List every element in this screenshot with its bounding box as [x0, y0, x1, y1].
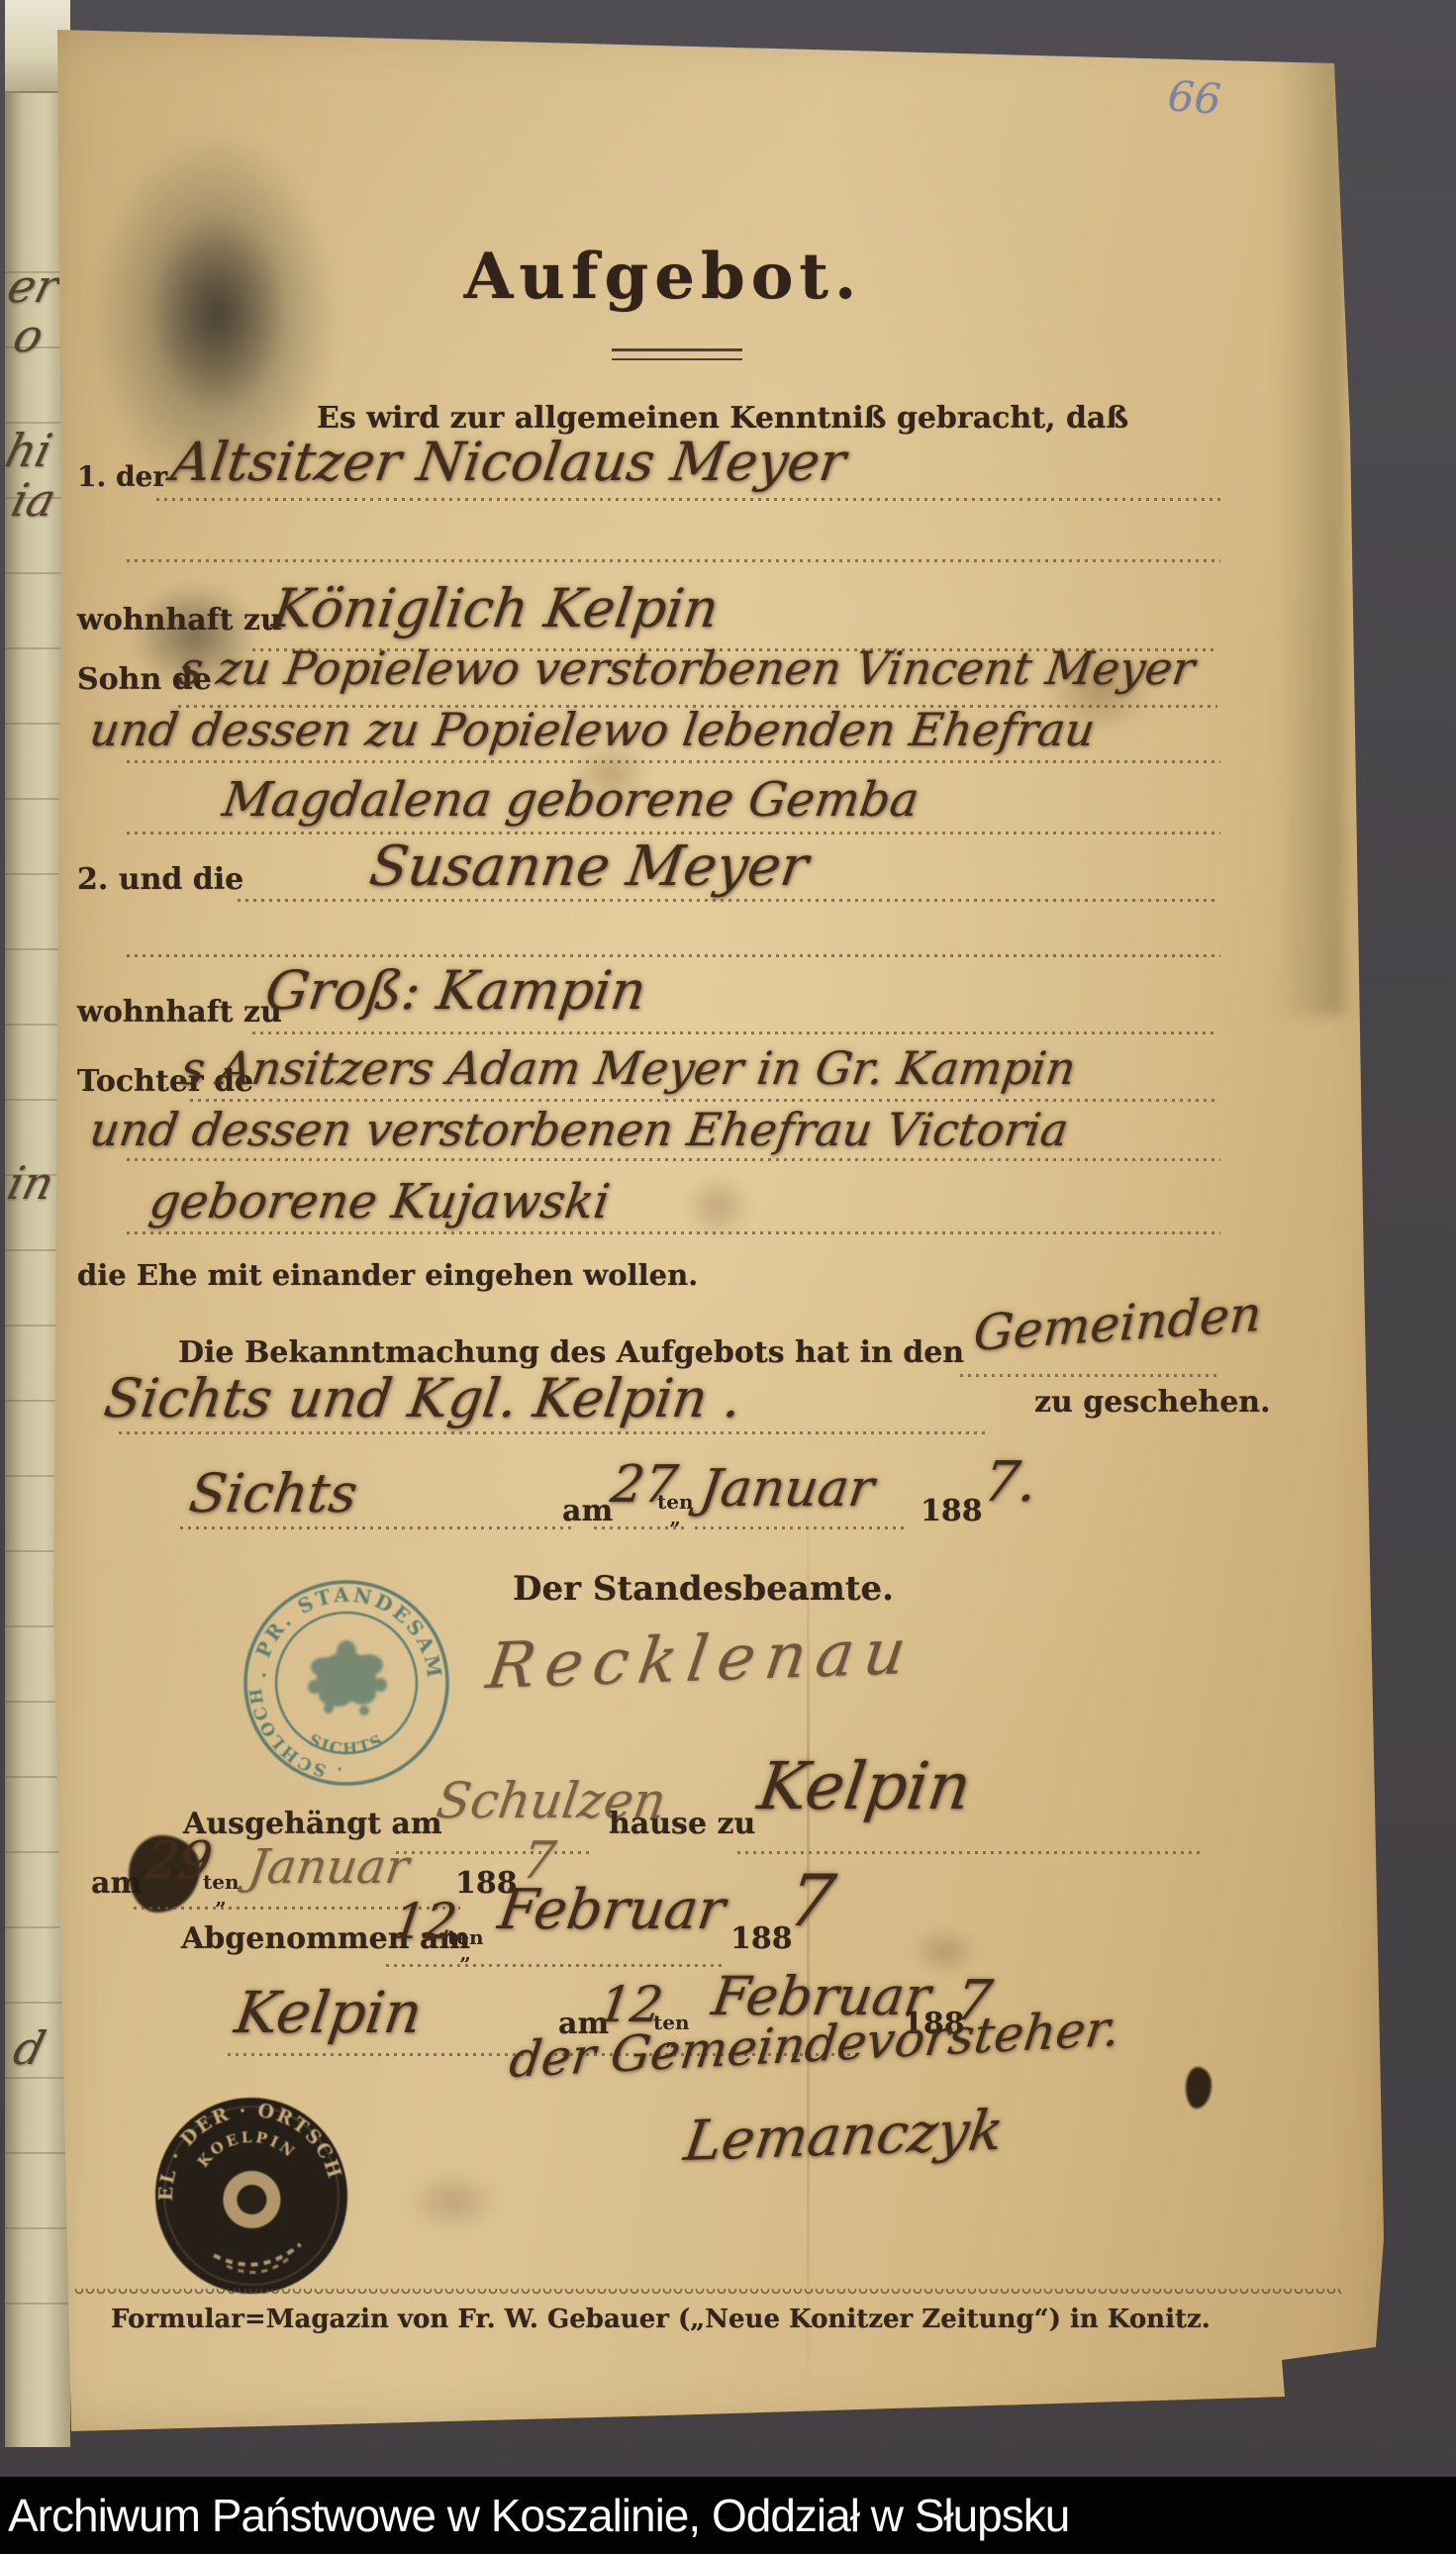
ten-superscript: ten„ — [203, 1873, 240, 1907]
bride-parentage-line3: geborene Kujawski — [146, 1178, 613, 1226]
marriage-clause: die Ehe mit einander eingehen wollen. — [77, 1261, 698, 1290]
intro-line: Es wird zur allgemeinen Kenntniß gebrach… — [317, 404, 1010, 434]
announcement-communities-entry: Gemeinden — [972, 1289, 1263, 1358]
village-seal-stamp: SIGEL · DER · ORTSCHAFT KOELPIN — [141, 2085, 362, 2307]
groom-name-entry: Altsitzer Nicolaus Meyer — [168, 436, 849, 489]
bride-residence-entry: Groß: Kampin — [262, 964, 649, 1018]
paper-stain — [683, 1174, 752, 1238]
page-number: 66 — [1166, 71, 1222, 124]
prussian-eagle-emblem — [308, 1640, 387, 1716]
dotted-line — [594, 1526, 689, 1529]
announcement-month-entry: Januar — [697, 1463, 877, 1515]
registrar-signature: Recklenau — [483, 1621, 920, 1699]
am-label: am — [562, 1497, 613, 1526]
page-edge-darkening — [1275, 46, 1344, 1016]
groom-residence-entry: Königlich Kelpin — [269, 582, 722, 636]
confirm-place-entry: Kelpin — [232, 1984, 426, 2041]
dotted-line — [127, 559, 1220, 562]
bride-parentage-line2: und dessen verstorbenen Ehefrau Victoria — [87, 1107, 1071, 1152]
registrar-heading: Der Standesbeamte. — [513, 1572, 810, 1606]
posted-month-entry: Januar — [245, 1843, 412, 1891]
ink-blot — [1186, 2067, 1212, 2109]
dotted-line — [238, 899, 1217, 902]
bride-name-entry: Susanne Meyer — [366, 839, 812, 895]
ten-superscript: ten„ — [657, 1493, 694, 1526]
dotted-line — [252, 1031, 1217, 1034]
title-divider — [612, 348, 742, 360]
posted-label: Ausgehängt am — [183, 1810, 442, 1839]
dotted-line — [190, 1099, 1217, 1102]
bride-number-label: 2. und die — [77, 865, 243, 895]
official-signature: Lemanczyk — [681, 2104, 1007, 2170]
dotted-line — [127, 1158, 1220, 1161]
announcement-places-entry: Sichts und Kgl. Kelpin . — [101, 1372, 744, 1425]
archive-caption: Archiwum Państwowe w Koszalinie, Oddział… — [8, 2489, 1069, 2542]
svg-text:SICHTS: SICHTS — [306, 1730, 387, 1759]
groom-residence-label: wohnhaft zu — [77, 606, 282, 636]
dotted-line — [180, 1526, 576, 1529]
dotted-line — [119, 1431, 990, 1434]
groom-number-label: 1. der — [77, 463, 167, 491]
house-place-entry: Kelpin — [754, 1754, 975, 1819]
announcement-printed-2: zu geschehen. — [1034, 1388, 1271, 1418]
dotted-line — [396, 1851, 594, 1854]
removed-year-entry: 7 — [784, 1865, 839, 1936]
dotted-line — [127, 954, 1220, 957]
announcement-printed-1: Die Bekanntmachung des Aufgebots hat in … — [178, 1338, 964, 1368]
caption-bar: Archiwum Państwowe w Koszalinie, Oddział… — [0, 2477, 1456, 2554]
groom-parentage-line3: Magdalena geborene Gemba — [220, 776, 922, 824]
dotted-line — [228, 2053, 525, 2056]
dotted-line — [127, 1231, 1220, 1234]
archive-scan-viewer: er o hi ia in d 66 Aufgebot. Es wird zur… — [0, 0, 1456, 2554]
ten-superscript: ten„ — [447, 1928, 484, 1962]
house-label: hause zu — [609, 1810, 755, 1839]
dotted-line — [960, 1374, 1219, 1377]
printer-imprint: Formular=Magazin von Fr. W. Gebauer („Ne… — [111, 2307, 1211, 2332]
dotted-line — [386, 1964, 723, 1967]
removed-month-entry: Februar — [495, 1883, 728, 1938]
registry-office-stamp: K. PR. STANDESAMT KR. SCHLOCHAU SICHTS — [242, 1578, 451, 1788]
document-page: 66 Aufgebot. Es wird zur allgemeinen Ken… — [40, 16, 1398, 2443]
year-prefix: 188 — [921, 1497, 983, 1526]
bride-parentage-line1: s Ansitzers Adam Meyer in Gr. Kampin — [178, 1045, 1079, 1091]
announcement-year-entry: 7. — [980, 1455, 1040, 1511]
dotted-line — [695, 1526, 905, 1529]
wavy-divider — [74, 2289, 1341, 2297]
groom-parentage-line2: und dessen zu Popielewo lebenden Ehefrau — [87, 707, 1098, 752]
dotted-line — [737, 1851, 1203, 1854]
paper-stain — [406, 2169, 500, 2233]
ink-smudge-core — [148, 214, 287, 412]
dotted-line — [127, 760, 1220, 763]
announcement-place-entry: Sichts — [186, 1467, 360, 1521]
groom-parentage-line1: s zu Popielewo verstorbenen Vincent Meye… — [176, 645, 1198, 691]
form-title: Aufgebot. — [416, 240, 911, 314]
dotted-line — [156, 498, 1220, 501]
bride-residence-label: wohnhaft zu — [77, 998, 282, 1028]
